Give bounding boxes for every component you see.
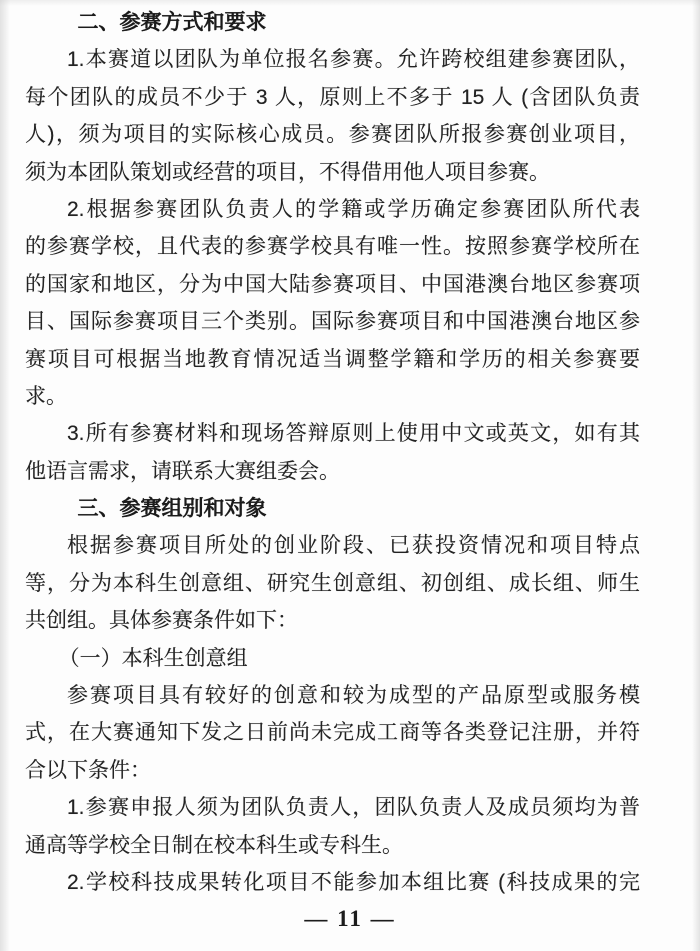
paragraph-line: 的国家和地区，分为中国大陆参赛项目、中国港澳台地区参赛项 [25,266,640,303]
paragraph-line: 1.本赛道以团队为单位报名参赛。允许跨校组建参赛团队， [25,41,640,78]
section-heading-line: 二、参赛方式和要求 [25,4,640,41]
page-number: — 11 — [0,906,700,932]
scan-edge-right [692,0,700,951]
document-page: 二、参赛方式和要求1.本赛道以团队为单位报名参赛。允许跨校组建参赛团队，每个团队… [0,0,700,951]
paragraph-line: 通高等学校全日制在校本科生或专科生。 [25,827,640,864]
paragraph-line: 根据参赛项目所处的创业阶段、已获投资情况和项目特点 [25,527,640,564]
section-heading-line: 三、参赛组别和对象 [25,490,640,527]
paragraph-line: 人)，须为项目的实际核心成员。参赛团队所报参赛创业项目， [25,116,640,153]
paragraph-line: 2.学校科技成果转化项目不能参加本组比赛 (科技成果的完 [25,864,640,901]
section-heading-line: （一）本科生创意组 [25,640,640,677]
paragraph-line: 合以下条件： [25,752,640,789]
paragraph-line: 他语言需求，请联系大赛组委会。 [25,453,640,490]
paragraph-line: 目、国际参赛项目三个类别。国际参赛项目和中国港澳台地区参 [25,303,640,340]
paragraph-line: 2.根据参赛团队负责人的学籍或学历确定参赛团队所代表 [25,191,640,228]
scan-edge-left [0,0,10,951]
paragraph-line: 的参赛学校，且代表的参赛学校具有唯一性。按照参赛学校所在 [25,228,640,265]
paragraph-line: 1.参赛申报人须为团队负责人，团队负责人及成员须均为普 [25,789,640,826]
paragraph-line: 共创组。具体参赛条件如下： [25,602,640,639]
paragraph-line: 须为本团队策划或经营的项目，不得借用他人项目参赛。 [25,154,640,191]
paragraph-line: 求。 [25,378,640,415]
paragraph-line: 等，分为本科生创意组、研究生创意组、初创组、成长组、师生 [25,565,640,602]
paragraph-line: 参赛项目具有较好的创意和较为成型的产品原型或服务模 [25,677,640,714]
paragraph-line: 式，在大赛通知下发之日前尚未完成工商等各类登记注册，并符 [25,714,640,751]
paragraph-line: 赛项目可根据当地教育情况适当调整学籍和学历的相关参赛要 [25,341,640,378]
document-body: 二、参赛方式和要求1.本赛道以团队为单位报名参赛。允许跨校组建参赛团队，每个团队… [25,4,640,901]
paragraph-line: 每个团队的成员不少于 3 人，原则上不多于 15 人 (含团队负责 [25,79,640,116]
paragraph-line: 3.所有参赛材料和现场答辩原则上使用中文或英文，如有其 [25,415,640,452]
